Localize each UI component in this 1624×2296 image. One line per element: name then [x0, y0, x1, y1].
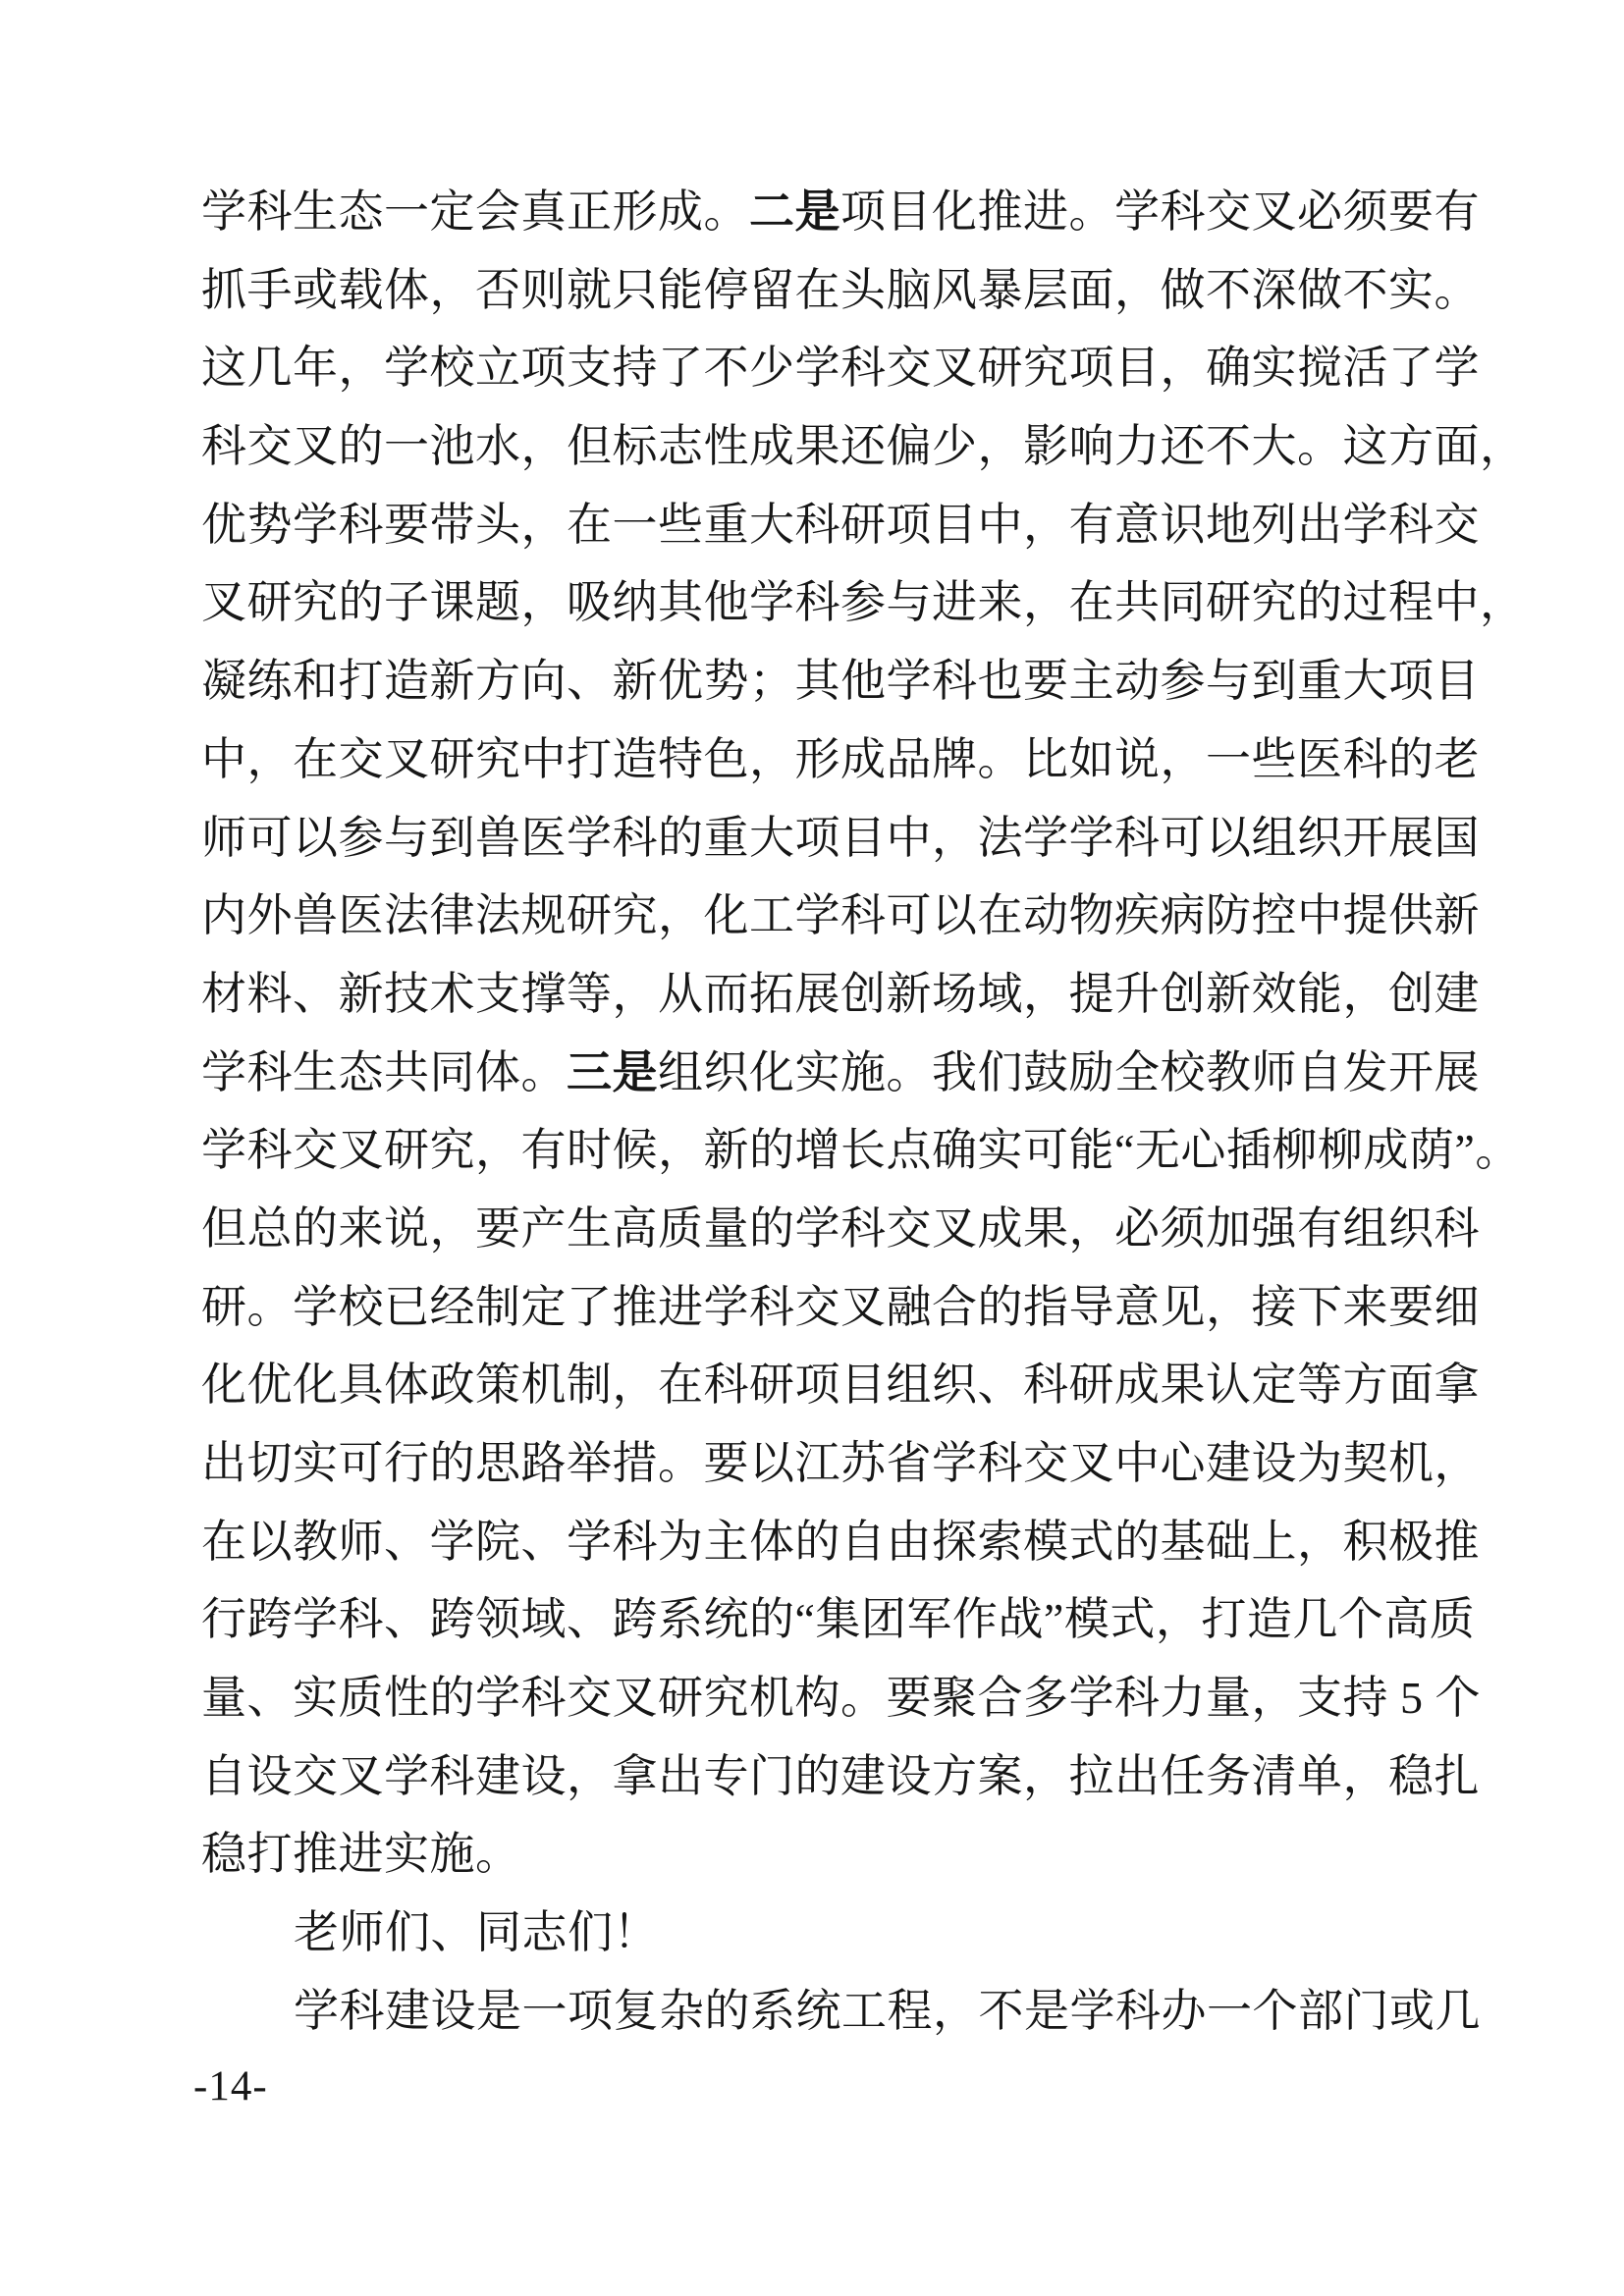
text-run: 叉研究的子课题，吸纳其他学科参与进来，在共同研究的过程中，	[201, 577, 1526, 627]
text-run: 研。学校已经制定了推进学科交叉融合的指导意见，接下来要细	[201, 1282, 1480, 1332]
text-line: 中，在交叉研究中打造特色，形成品牌。比如说，一些医科的老	[201, 721, 1425, 799]
text-line: 行跨学科、跨领域、跨系统的“集团军作战”模式，打造几个高质	[201, 1580, 1425, 1659]
text-line: 量、实质性的学科交叉研究机构。要聚合多学科力量，支持 5 个	[201, 1659, 1425, 1737]
text-line: 自设交叉学科建设，拿出专门的建设方案，拉出任务清单，稳扎	[201, 1737, 1425, 1816]
bold-emphasis: 三是	[567, 1047, 658, 1097]
text-run: 学科生态共同体。	[201, 1047, 567, 1097]
text-line: 师可以参与到兽医学科的重大项目中，法学学科可以组织开展国	[201, 799, 1425, 878]
text-run: 行跨学科、跨领域、跨系统的“集团军作战”模式，打造几个高质	[201, 1594, 1475, 1644]
text-line: 但总的来说，要产生高质量的学科交叉成果，必须加强有组织科	[201, 1190, 1425, 1268]
text-run: 内外兽医法律法规研究，化工学科可以在动物疾病防控中提供新	[201, 890, 1480, 940]
text-line: 化优化具体政策机制，在科研项目组织、科研成果认定等方面拿	[201, 1346, 1425, 1424]
text-line: 这几年，学校立项支持了不少学科交叉研究项目，确实搅活了学	[201, 329, 1425, 407]
text-line: 学科交叉研究，有时候，新的增长点确实可能“无心插柳柳成荫”。	[201, 1111, 1425, 1190]
text-run: 凝练和打造新方向、新优势；其他学科也要主动参与到重大项目	[201, 656, 1480, 706]
text-run: 组织化实施。我们鼓励全校教师自发开展	[658, 1047, 1480, 1097]
text-line: 在以教师、学院、学科为主体的自由探索模式的基础上，积极推	[201, 1503, 1425, 1581]
text-line: 科交叉的一池水，但标志性成果还偏少，影响力还不大。这方面，	[201, 407, 1425, 486]
text-line: 出切实可行的思路举措。要以江苏省学科交叉中心建设为契机，	[201, 1424, 1425, 1503]
text-line: 抓手或载体，否则就只能停留在头脑风暴层面，做不深做不实。	[201, 251, 1425, 330]
text-run: 稳打推进实施。	[201, 1829, 521, 1879]
text-line: 研。学校已经制定了推进学科交叉融合的指导意见，接下来要细	[201, 1268, 1425, 1347]
bold-emphasis: 二是	[749, 187, 840, 237]
text-line: 学科生态共同体。三是组织化实施。我们鼓励全校教师自发开展	[201, 1034, 1425, 1112]
text-run: 学科建设是一项复杂的系统工程，不是学科办一个部门或几	[294, 1986, 1481, 2036]
text-run: 优势学科要带头，在一些重大科研项目中，有意识地列出学科交	[201, 500, 1480, 550]
text-line: 优势学科要带头，在一些重大科研项目中，有意识地列出学科交	[201, 486, 1425, 564]
text-run: 学科生态一定会真正形成。	[201, 187, 749, 237]
text-run: 老师们、同志们！	[294, 1907, 659, 1957]
text-line: 材料、新技术支撑等，从而拓展创新场域，提升创新效能，创建	[201, 955, 1425, 1034]
page-number: -14-	[193, 2057, 268, 2116]
text-line: 学科生态一定会真正形成。二是项目化推进。学科交叉必须要有	[201, 173, 1425, 251]
text-run: 量、实质性的学科交叉研究机构。要聚合多学科力量，支持 5 个	[201, 1673, 1481, 1723]
text-run: 学科交叉研究，有时候，新的增长点确实可能“无心插柳柳成荫”。	[201, 1125, 1521, 1175]
text-line: 老师们、同志们！	[201, 1894, 1425, 1972]
text-line: 学科建设是一项复杂的系统工程，不是学科办一个部门或几	[201, 1972, 1425, 2051]
text-run: 自设交叉学科建设，拿出专门的建设方案，拉出任务清单，稳扎	[201, 1751, 1480, 1801]
text-run: 这几年，学校立项支持了不少学科交叉研究项目，确实搅活了学	[201, 343, 1480, 393]
text-run: 师可以参与到兽医学科的重大项目中，法学学科可以组织开展国	[201, 813, 1480, 863]
text-run: 出切实可行的思路举措。要以江苏省学科交叉中心建设为契机，	[201, 1438, 1480, 1488]
text-run: 科交叉的一池水，但标志性成果还偏少，影响力还不大。这方面，	[201, 421, 1526, 471]
text-line: 内外兽医法律法规研究，化工学科可以在动物疾病防控中提供新	[201, 877, 1425, 955]
body-text: 学科生态一定会真正形成。二是项目化推进。学科交叉必须要有抓手或载体，否则就只能停…	[201, 173, 1425, 2051]
text-run: 抓手或载体，否则就只能停留在头脑风暴层面，做不深做不实。	[201, 265, 1480, 315]
text-run: 化优化具体政策机制，在科研项目组织、科研成果认定等方面拿	[201, 1360, 1480, 1410]
text-run: 中，在交叉研究中打造特色，形成品牌。比如说，一些医科的老	[201, 734, 1480, 784]
text-run: 材料、新技术支撑等，从而拓展创新场域，提升创新效能，创建	[201, 969, 1480, 1019]
text-line: 稳打推进实施。	[201, 1815, 1425, 1894]
text-line: 叉研究的子课题，吸纳其他学科参与进来，在共同研究的过程中，	[201, 563, 1425, 642]
text-run: 项目化推进。学科交叉必须要有	[840, 187, 1480, 237]
text-run: 但总的来说，要产生高质量的学科交叉成果，必须加强有组织科	[201, 1203, 1480, 1254]
document-page: 学科生态一定会真正形成。二是项目化推进。学科交叉必须要有抓手或载体，否则就只能停…	[0, 0, 1624, 2296]
text-line: 凝练和打造新方向、新优势；其他学科也要主动参与到重大项目	[201, 642, 1425, 721]
text-run: 在以教师、学院、学科为主体的自由探索模式的基础上，积极推	[201, 1517, 1480, 1567]
